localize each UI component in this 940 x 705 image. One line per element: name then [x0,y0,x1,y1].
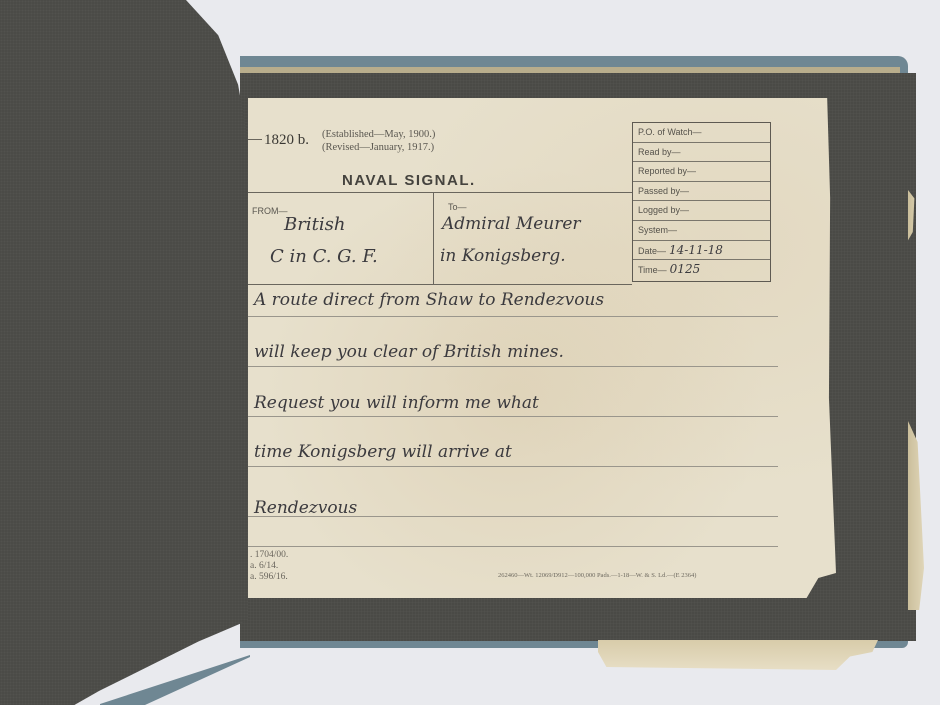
message-line-3: Request you will inform me what [254,393,539,413]
watch-row-reported-by: Reported by— [633,162,770,182]
time-value: 0125 [670,262,701,276]
from-value-line1: British [284,214,345,235]
message-line-4: time Konigsberg will arrive at [254,442,512,462]
date-value: 14-11-18 [669,243,723,257]
revised-date: (Revised—January, 1917.) [322,141,435,154]
watch-row-logged-by: Logged by— [633,201,770,221]
form-edition: (Established—May, 1900.) (Revised—Januar… [322,128,435,154]
to-value-line2: in Konigsberg. [440,246,566,266]
from-label: FROM— [252,206,288,216]
message-line-5: Rendezvous [254,498,357,518]
watch-row-system: System— [633,221,770,241]
watch-box: P.O. of Watch— Read by— Reported by— Pas… [632,122,771,282]
established-date: (Established—May, 1900.) [322,128,435,141]
message-line-1: A route direct from Shaw to Rendezvous [254,290,604,310]
watch-row-time: Time—0125 [633,260,770,280]
album-left-page [0,0,248,705]
form-number: 1820 b. [264,132,309,149]
watch-row-po-of-watch: P.O. of Watch— [633,123,770,143]
watch-row-passed-by: Passed by— [633,182,770,202]
naval-signal-form: 1820 b. (Established—May, 1900.) (Revise… [248,98,836,598]
message-line-2: will keep you clear of British mines. [254,342,564,362]
form-title: NAVAL SIGNAL. [342,172,476,189]
loose-paper-edge-bottom [598,640,878,670]
watch-row-date: Date—14-11-18 [633,241,770,261]
imprint-numbers: . 1704/00. a. 6/14. a. 596/16. [250,550,288,583]
from-value-line2: C in C. G. F. [270,246,378,267]
to-label: To— [448,202,467,212]
photo-scene: 1820 b. (Established—May, 1900.) (Revise… [0,0,940,705]
to-value-line1: Admiral Meurer [442,214,581,234]
printer-line: 262460—Wt. 12069/D912—100,000 Pads.—1-18… [498,572,696,579]
watch-row-read-by: Read by— [633,143,770,163]
